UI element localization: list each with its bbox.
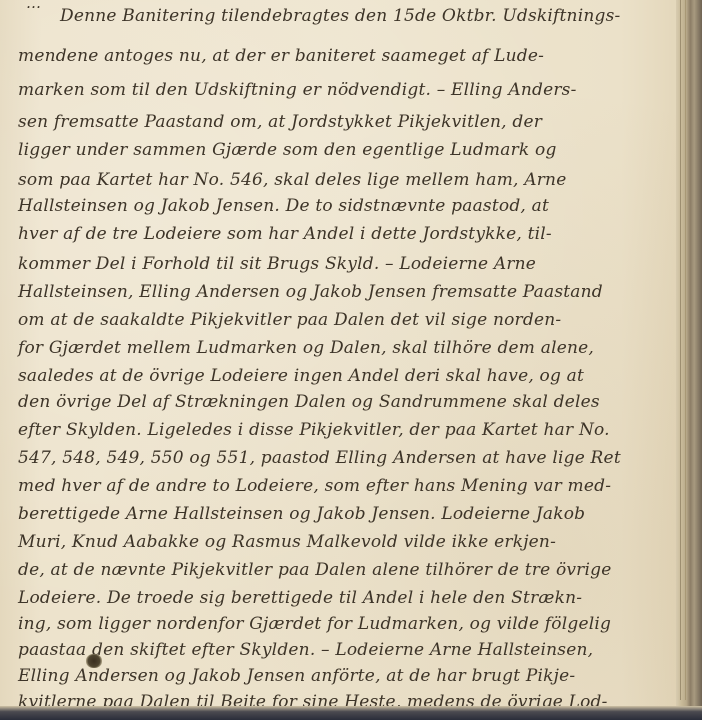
bottom-background [0,706,702,720]
text-line-16: 547, 548, 549, 550 og 551, paastod Ellin… [18,448,621,468]
text-line-5: ligger under sammen Gjærde som den egent… [18,140,557,160]
text-line-11: om at de saakaldte Pikjekvitler paa Dale… [18,310,561,330]
text-line-12: for Gjærdet mellem Ludmarken og Dalen, s… [18,338,594,358]
text-line-9: kommer Del i Forhold til sit Brugs Skyld… [18,254,536,274]
text-line-3: marken som til den Udskiftning er nödven… [18,80,577,100]
text-line-22: ing, som ligger nordenfor Gjærdet for Lu… [18,614,611,634]
text-line-18: berettigede Arne Hallsteinsen og Jakob J… [18,504,585,524]
book-binding [676,0,702,720]
text-line-20: de, at de nævnte Pikjekvitler paa Dalen … [18,560,612,580]
text-line-15: efter Skylden. Ligeledes i disse Pikjekv… [18,420,610,440]
text-line-2: mendene antoges nu, at der er baniteret … [18,46,544,66]
text-line-6: som paa Kartet har No. 546, skal deles l… [18,170,566,190]
text-line-19: Muri, Knud Aabakke og Rasmus Malkevold v… [18,532,556,552]
text-line-7: Hallsteinsen og Jakob Jensen. De to sids… [18,196,549,216]
page-edge [680,0,681,700]
text-line-17: med hver af de andre to Lodeiere, som ef… [18,476,611,496]
text-line-23: paastaa den skiftet efter Skylden. – Lod… [18,640,593,660]
manuscript-page: … Denne Banitering tilendebragtes den 15… [0,0,690,712]
text-line-24: Elling Andersen og Jakob Jensen anförte,… [18,666,575,686]
text-line-4: sen fremsatte Paastand om, at Jordstykke… [18,112,542,132]
text-line-10: Hallsteinsen, Elling Andersen og Jakob J… [18,282,603,302]
page-edge [685,0,686,700]
paper-hole [86,654,102,668]
top-fragment-text: … [26,0,41,12]
text-line-1: Denne Banitering tilendebragtes den 15de… [60,6,620,26]
text-line-21: Lodeiere. De troede sig berettigede til … [18,588,582,608]
text-line-8: hver af de tre Lodeiere som har Andel i … [18,224,552,244]
text-line-14: den övrige Del af Strækningen Dalen og S… [18,392,600,412]
text-line-13: saaledes at de övrige Lodeiere ingen And… [18,366,584,386]
